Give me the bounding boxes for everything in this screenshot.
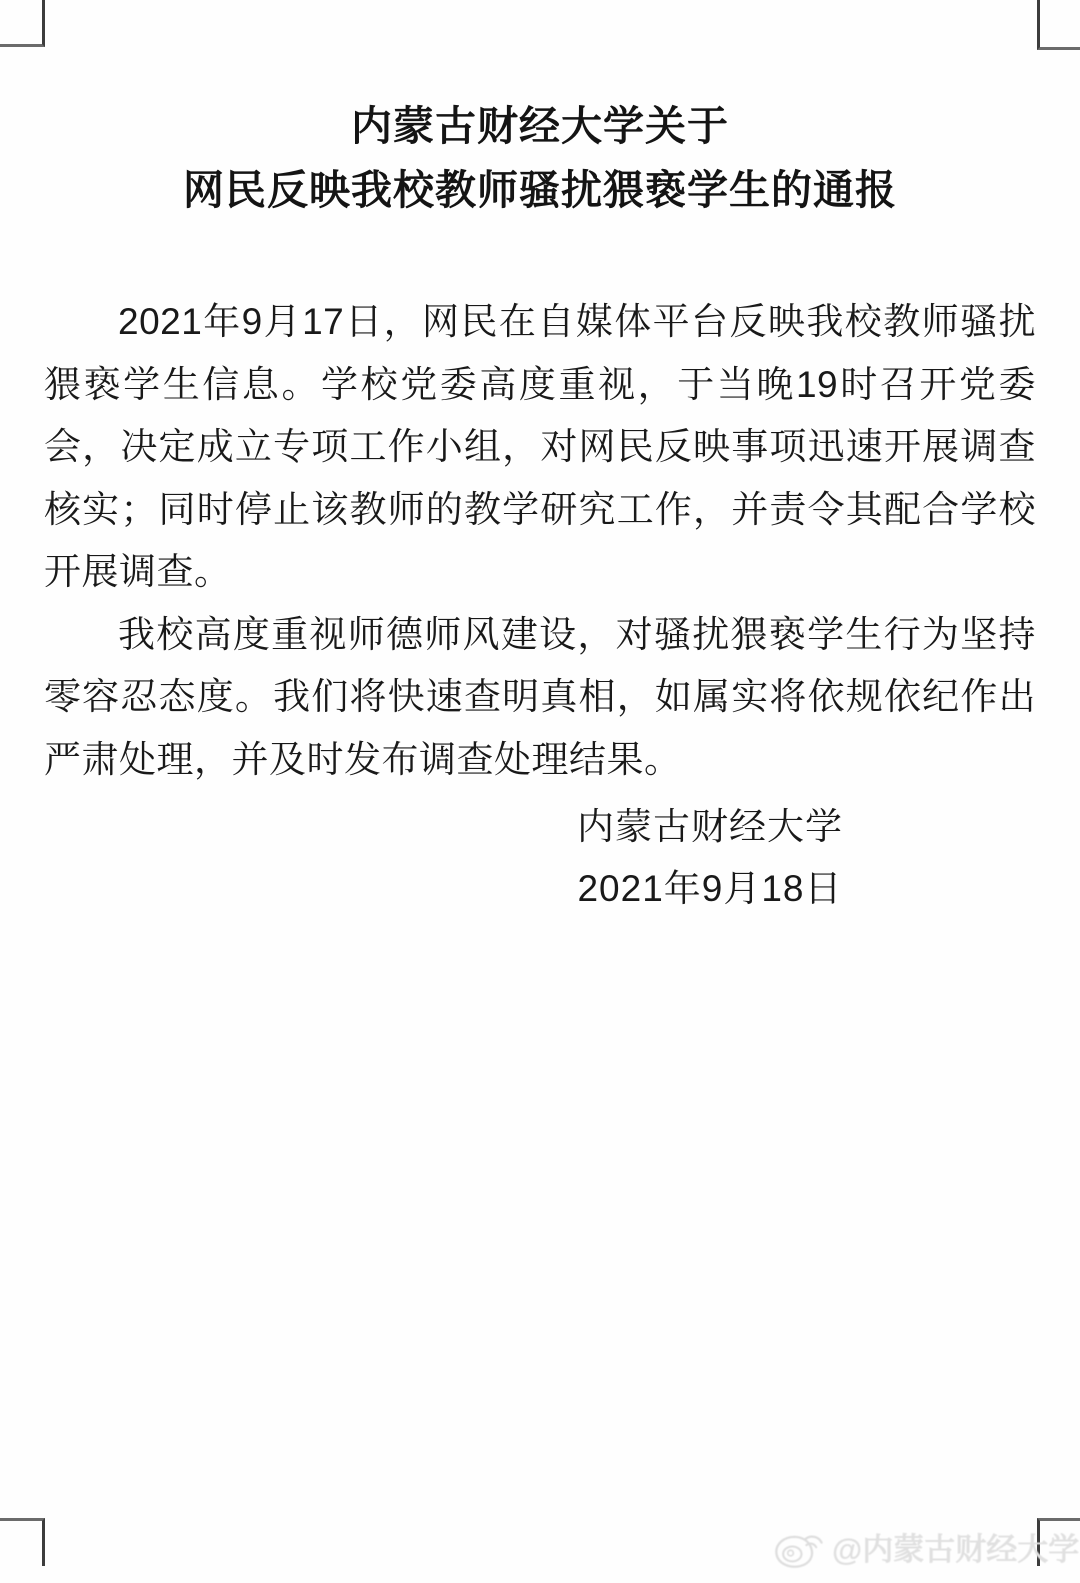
crop-mark-top-left [0, 0, 45, 47]
notice-title-line-1: 内蒙古财经大学关于 [0, 94, 1080, 158]
notice-paragraph-1: 2021年9月17日，网民在自媒体平台反映我校教师骚扰猥亵学生信息。学校党委高度… [44, 291, 1036, 604]
notice-title-line-2: 网民反映我校教师骚扰猥亵学生的通报 [0, 158, 1080, 222]
crop-mark-top-right [1037, 0, 1080, 50]
notice-title: 内蒙古财经大学关于 网民反映我校教师骚扰猥亵学生的通报 [0, 94, 1080, 222]
signature-date: 2021年9月18日 [510, 858, 910, 920]
notice-paragraph-2: 我校高度重视师德师风建设，对骚扰猥亵学生行为坚持零容忍态度。我们将快速查明真相，… [44, 604, 1036, 792]
signature-org-name: 内蒙古财经大学 [510, 796, 910, 858]
weibo-watermark: @内蒙古财经大学 [770, 1528, 1079, 1572]
weibo-icon [770, 1528, 826, 1572]
notice-document-page: 内蒙古财经大学关于 网民反映我校教师骚扰猥亵学生的通报 2021年9月17日，网… [0, 0, 1080, 1583]
watermark-text: @内蒙古财经大学 [832, 1528, 1079, 1572]
notice-body: 2021年9月17日，网民在自媒体平台反映我校教师骚扰猥亵学生信息。学校党委高度… [44, 291, 1036, 791]
notice-signature-block: 内蒙古财经大学 2021年9月18日 [510, 796, 910, 920]
crop-mark-bottom-left [0, 1518, 45, 1566]
